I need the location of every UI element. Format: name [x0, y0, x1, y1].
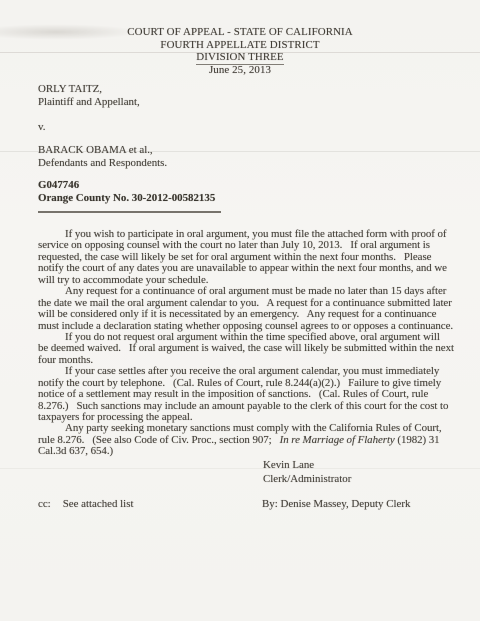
trial-court-case-number: Orange County No. 30-2012-00582135: [38, 192, 215, 205]
letter-body: If you wish to participate in oral argum…: [38, 229, 468, 458]
case-numbers: G047746 Orange County No. 30-2012-005821…: [38, 179, 215, 204]
body-line: be deemed waived. If oral argument is wa…: [38, 343, 468, 354]
signature-block: Kevin Lane Clerk/Administrator: [263, 459, 351, 486]
scanned-court-letter-page: COURT OF APPEAL - STATE OF CALIFORNIA FO…: [0, 0, 480, 621]
division-line: DIVISION THREE: [0, 51, 480, 64]
scan-streak: [0, 468, 480, 469]
appellant-role: Plaintiff and Appellant,: [38, 96, 140, 109]
paragraph-sanctions: Any party seeking monetary sanctions mus…: [38, 423, 468, 457]
body-line: Any request for a continuance of oral ar…: [38, 286, 468, 297]
respondent-name: BARACK OBAMA et al.,: [38, 144, 167, 157]
letter-date: June 25, 2013: [0, 64, 480, 77]
cc-line: cc:See attached list: [38, 498, 133, 510]
respondent-caption: BARACK OBAMA et al., Defendants and Resp…: [38, 144, 167, 169]
paragraph-continuance: Any request for a continuance of oral ar…: [38, 286, 468, 332]
citation-pre: rule 8.276. (See also Code of Civ. Proc.…: [38, 434, 280, 446]
district-name: FOURTH APPELLATE DISTRICT: [0, 39, 480, 52]
cc-value: See attached list: [63, 498, 134, 510]
paragraph-oral-argument: If you wish to participate in oral argum…: [38, 229, 468, 286]
paragraph-settlement: If your case settles after you receive t…: [38, 366, 468, 423]
clerk-title: Clerk/Administrator: [263, 473, 351, 487]
clerk-name: Kevin Lane: [263, 459, 351, 473]
appellant-caption: ORLY TAITZ, Plaintiff and Appellant,: [38, 83, 140, 108]
body-line: notice of a settlement may result in the…: [38, 389, 468, 400]
docket-number: G047746: [38, 179, 215, 192]
appellant-name: ORLY TAITZ,: [38, 83, 140, 96]
case-citation-italic: In re Marriage of Flaherty: [280, 434, 395, 446]
body-line: Cal.3d 637, 654.): [38, 446, 468, 457]
respondent-role: Defendants and Respondents.: [38, 157, 167, 170]
body-line: will be considered only if it is necessi…: [38, 309, 468, 320]
citation-post: (1982) 31: [395, 434, 440, 446]
paragraph-waiver: If you do not request oral argument with…: [38, 332, 468, 366]
versus: v.: [38, 121, 45, 134]
letterhead: COURT OF APPEAL - STATE OF CALIFORNIA FO…: [0, 26, 480, 77]
caption-divider-line: [38, 211, 221, 213]
court-name: COURT OF APPEAL - STATE OF CALIFORNIA: [0, 26, 480, 39]
division-name: DIVISION THREE: [196, 51, 283, 65]
cc-label: cc:: [38, 498, 51, 510]
deputy-clerk-by-line: By: Denise Massey, Deputy Clerk: [262, 498, 410, 510]
body-line: If your case settles after you receive t…: [38, 366, 468, 377]
